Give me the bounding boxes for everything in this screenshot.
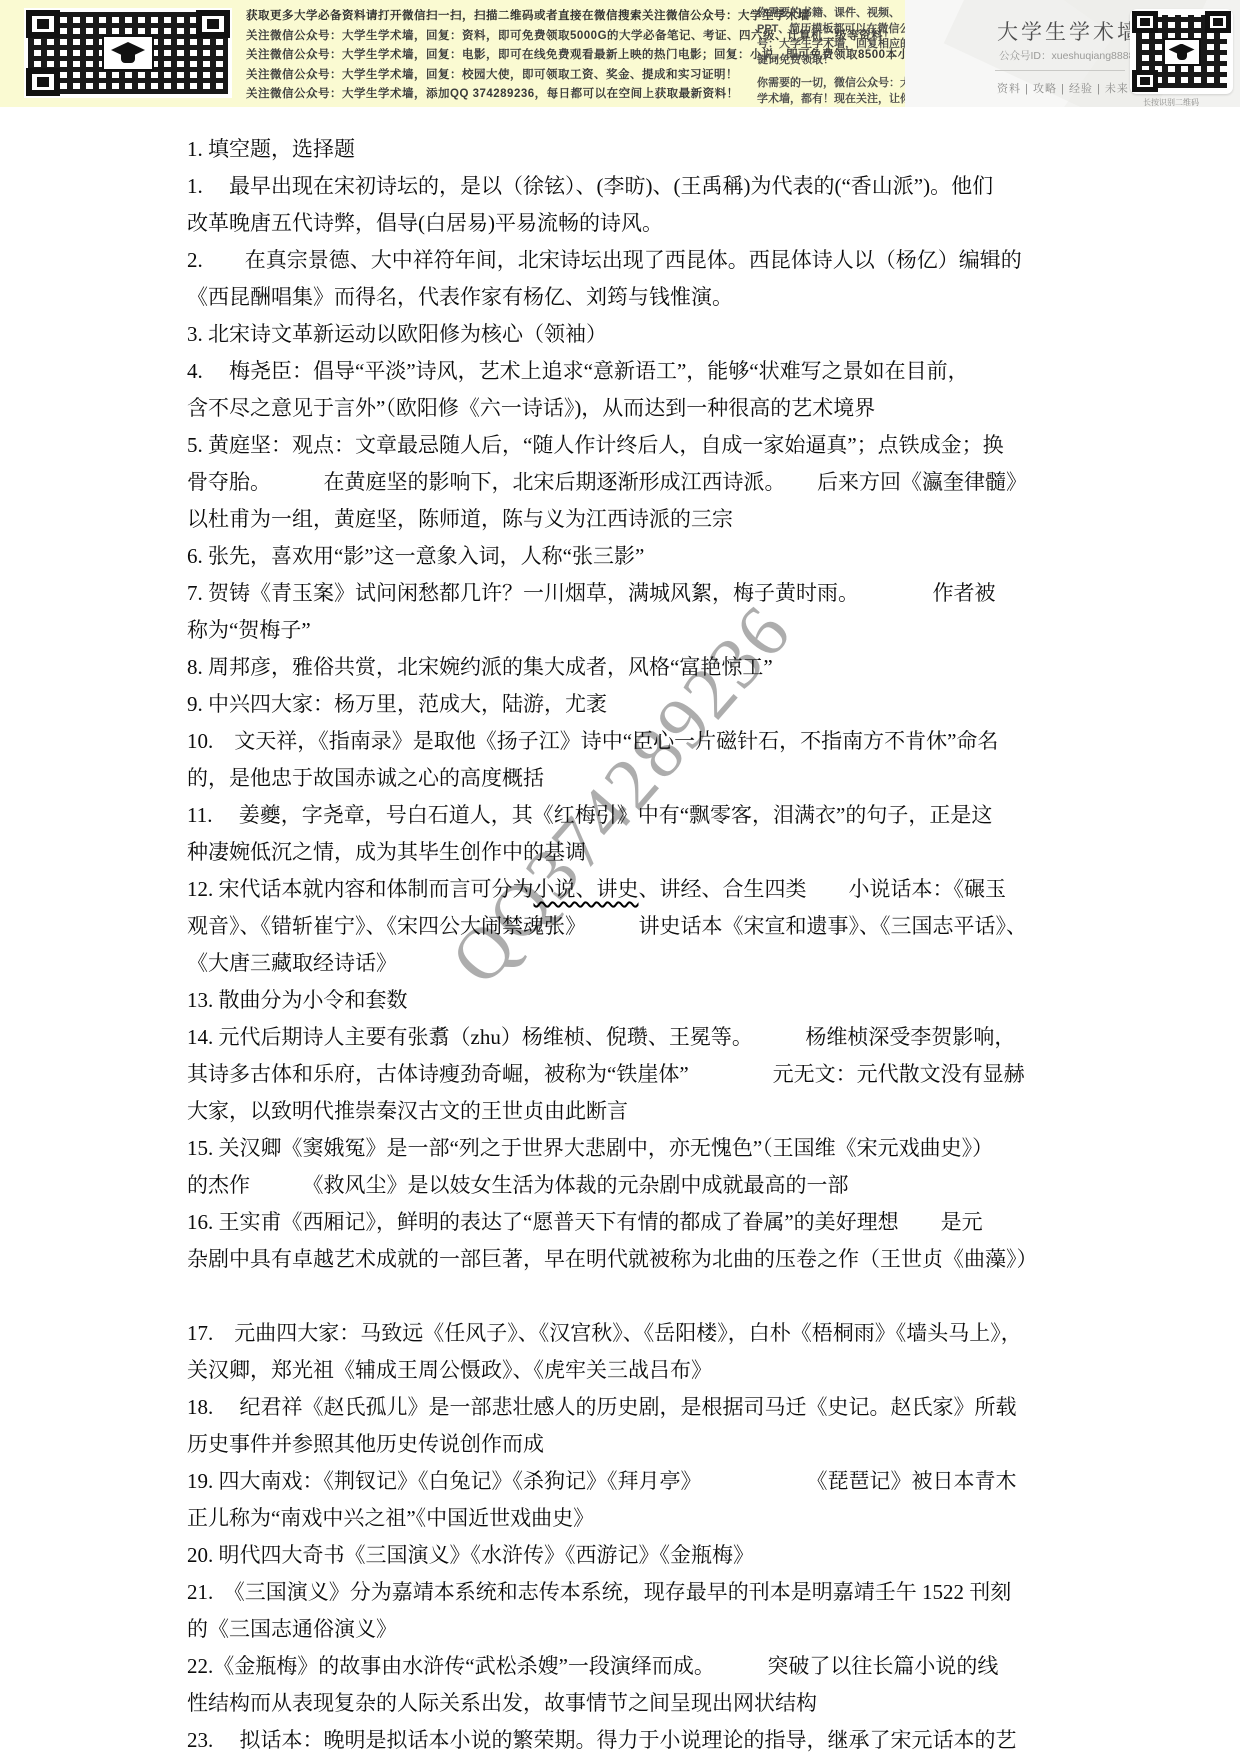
wechat-qr-code-left xyxy=(24,8,232,98)
graduation-cap-icon xyxy=(121,53,135,63)
doc-line: 改革晚唐五代诗弊，倡导(白居易)平易流畅的诗风。 xyxy=(187,205,1147,242)
doc-line: 23. 拟话本：晚明是拟话本小说的繁荣期。得力于小说理论的指导，继承了宋元话本的… xyxy=(187,1722,1147,1754)
doc-line: 2. 在真宗景德、大中祥符年间，北宋诗坛出现了西昆体。西昆体诗人以（杨亿）编辑的 xyxy=(187,242,1147,279)
doc-line: 14. 元代后期诗人主要有张翥（zhu）杨维桢、倪瓒、王冕等。 杨维桢深受李贺影… xyxy=(187,1019,1147,1056)
qr-finder-icon xyxy=(26,68,60,96)
doc-line: 13. 散曲分为小令和套数 xyxy=(187,982,1147,1019)
qr-finder-icon xyxy=(196,10,230,38)
qr-finder-icon xyxy=(1205,11,1231,33)
doc-line xyxy=(187,1278,1147,1315)
doc-line: 大家，以致明代推崇秦汉古文的王世贞由此断言 xyxy=(187,1093,1147,1130)
doc-line: 8. 周邦彦，雅俗共赏，北宋婉约派的集大成者，风格“富艳惊工” xyxy=(187,649,1147,686)
doc-line: 《大唐三藏取经诗话》 xyxy=(187,945,1147,982)
doc-line: 种凄婉低沉之情，成为其毕生创作中的基调 xyxy=(187,834,1147,871)
doc-line: 7. 贺铸《青玉案》试问闲愁都几许？一川烟草，满城风絮，梅子黄时雨。 作者被 xyxy=(187,575,1147,612)
doc-line: 12. 宋代话本就内容和体制而言可分为小说、讲史、讲经、合生四类 小说话本：《碾… xyxy=(187,871,1147,908)
promo-banner: 获取更多大学必备资料请打开微信扫一扫，扫描二维码或者直接在微信搜索关注微信公众号… xyxy=(0,0,1240,107)
wavy-underlined-text: 小说、讲史 xyxy=(534,877,639,901)
doc-line: 6. 张先，喜欢用“影”这一意象入词，人称“张三影” xyxy=(187,538,1147,575)
doc-line: 4. 梅尧臣：倡导“平淡”诗风，艺术上追求“意新语工”，能够“状难写之景如在目前… xyxy=(187,353,1147,390)
doc-line: 杂剧中具有卓越艺术成就的一部巨著，早在明代就被称为北曲的压卷之作（王世贞《曲藻》… xyxy=(187,1241,1147,1278)
doc-line: 骨夺胎。 在黄庭坚的影响下，北宋后期逐渐形成江西诗派。 后来方回《瀛奎律髓》 xyxy=(187,464,1147,501)
doc-line: 性结构而从表现复杂的人际关系出发，故事情节之间呈现出网状结构 xyxy=(187,1685,1147,1722)
doc-line: 的《三国志通俗演义》 xyxy=(187,1611,1147,1648)
doc-line: 1. 最早出现在宋初诗坛的，是以（徐铉）、(李昉)、(王禹稱)为代表的(“香山派… xyxy=(187,168,1147,205)
doc-line: 11. 姜夔，字尧章，号白石道人，其《红梅引》中有“飘零客，泪满衣”的句子，正是… xyxy=(187,797,1147,834)
doc-line: 20. 明代四大奇书《三国演义》《水浒传》《西游记》《金瓶梅》 xyxy=(187,1537,1147,1574)
doc-line: 观音》、《错斩崔宁》、《宋四公大闹禁魂张》 讲史话本《宋宣和遗事》、《三国志平话… xyxy=(187,908,1147,945)
doc-line: 正儿称为“南戏中兴之祖”《中国近世戏曲史》 xyxy=(187,1500,1147,1537)
qr-logo-frame xyxy=(1163,38,1201,66)
doc-line: 以杜甫为一组，黄庭坚，陈师道，陈与义为江西诗派的三宗 xyxy=(187,501,1147,538)
doc-line: 3. 北宋诗文革新运动以欧阳修为核心（领袖） xyxy=(187,316,1147,353)
qr-logo-frame xyxy=(102,35,154,71)
doc-line: 22.《金瓶梅》的故事由水浒传“武松杀嫂”一段演绎而成。 突破了以往长篇小说的线 xyxy=(187,1648,1147,1685)
account-nav: 资料 | 攻略 | 经验 | 未来 xyxy=(997,80,1129,96)
account-id: 公众号ID：xueshuqiang8888 xyxy=(999,48,1134,63)
doc-line: 18. 纪君祥《赵氏孤儿》是一部悲壮感人的历史剧，是根据司马迁《史记。赵氏家》所… xyxy=(187,1389,1147,1426)
qr-caption: 长按识别二维码 xyxy=(1143,97,1199,107)
document-body: 1. 填空题，选择题1. 最早出现在宋初诗坛的，是以（徐铉）、(李昉)、(王禹稱… xyxy=(187,131,1147,1754)
doc-line: 5. 黄庭坚：观点：文章最忌随人后，“随人作计终后人，自成一家始逼真”；点铁成金… xyxy=(187,427,1147,464)
divider xyxy=(995,70,1125,71)
doc-line: 的，是他忠于故国赤诚之心的高度概括 xyxy=(187,760,1147,797)
doc-line: 1. 填空题，选择题 xyxy=(187,131,1147,168)
account-panel: 大学生学术墙 公众号ID：xueshuqiang8888 资料 | 攻略 | 经… xyxy=(905,0,1240,107)
wechat-qr-code-right xyxy=(1130,9,1233,94)
doc-line: 称为“贺梅子” xyxy=(187,612,1147,649)
doc-line: 其诗多古体和乐府，古体诗瘦劲奇崛，被称为“铁崖体” 元无文：元代散文没有显赫 xyxy=(187,1056,1147,1093)
doc-line: 17. 元曲四大家：马致远《任风子》、《汉宫秋》、《岳阳楼》，白朴《梧桐雨》《墙… xyxy=(187,1315,1147,1352)
qr-finder-icon xyxy=(1132,70,1158,92)
qr-finder-icon xyxy=(26,10,60,38)
doc-line: 的杰作 《救风尘》是以妓女生活为体裁的元杂剧中成就最高的一部 xyxy=(187,1167,1147,1204)
doc-line: 历史事件并参照其他历史传说创作而成 xyxy=(187,1426,1147,1463)
doc-line: 含不尽之意见于言外”（欧阳修《六一诗话》)，从而达到一种很高的艺术境界 xyxy=(187,390,1147,427)
doc-line: 19. 四大南戏：《荆钗记》《白兔记》《杀狗记》《拜月亭》 《琵琶记》被日本青木 xyxy=(187,1463,1147,1500)
doc-line: 《西昆酬唱集》而得名，代表作家有杨亿、刘筠与钱惟演。 xyxy=(187,279,1147,316)
doc-line: 16. 王实甫《西厢记》，鲜明的表达了“愿普天下有情的都成了眷属”的美好理想 是… xyxy=(187,1204,1147,1241)
doc-line: 15. 关汉卿《窦娥冤》是一部“列之于世界大悲剧中，亦无愧色”（王国维《宋元戏曲… xyxy=(187,1130,1147,1167)
doc-line: 21. 《三国演义》分为嘉靖本系统和志传本系统，现存最早的刊本是明嘉靖壬午 15… xyxy=(187,1574,1147,1611)
doc-line: 10. 文天祥，《指南录》是取他《扬子江》诗中“臣心一片磁针石，不指南方不肯休”… xyxy=(187,723,1147,760)
account-title: 大学生学术墙 xyxy=(997,16,1141,46)
banner-note-top: 你需要的书籍、课件、视频、PPT、简历模板都可以在微信公众号：大学生学术墙，回复… xyxy=(757,6,927,68)
doc-line: 9. 中兴四大家：杨万里，范成大，陆游，尤袤 xyxy=(187,686,1147,723)
doc-line: 关汉卿，郑光祖《辅成王周公慑政》、《虎牢关三战吕布》 xyxy=(187,1352,1147,1389)
graduation-cap-icon xyxy=(1177,52,1187,60)
qr-finder-icon xyxy=(1132,11,1158,33)
